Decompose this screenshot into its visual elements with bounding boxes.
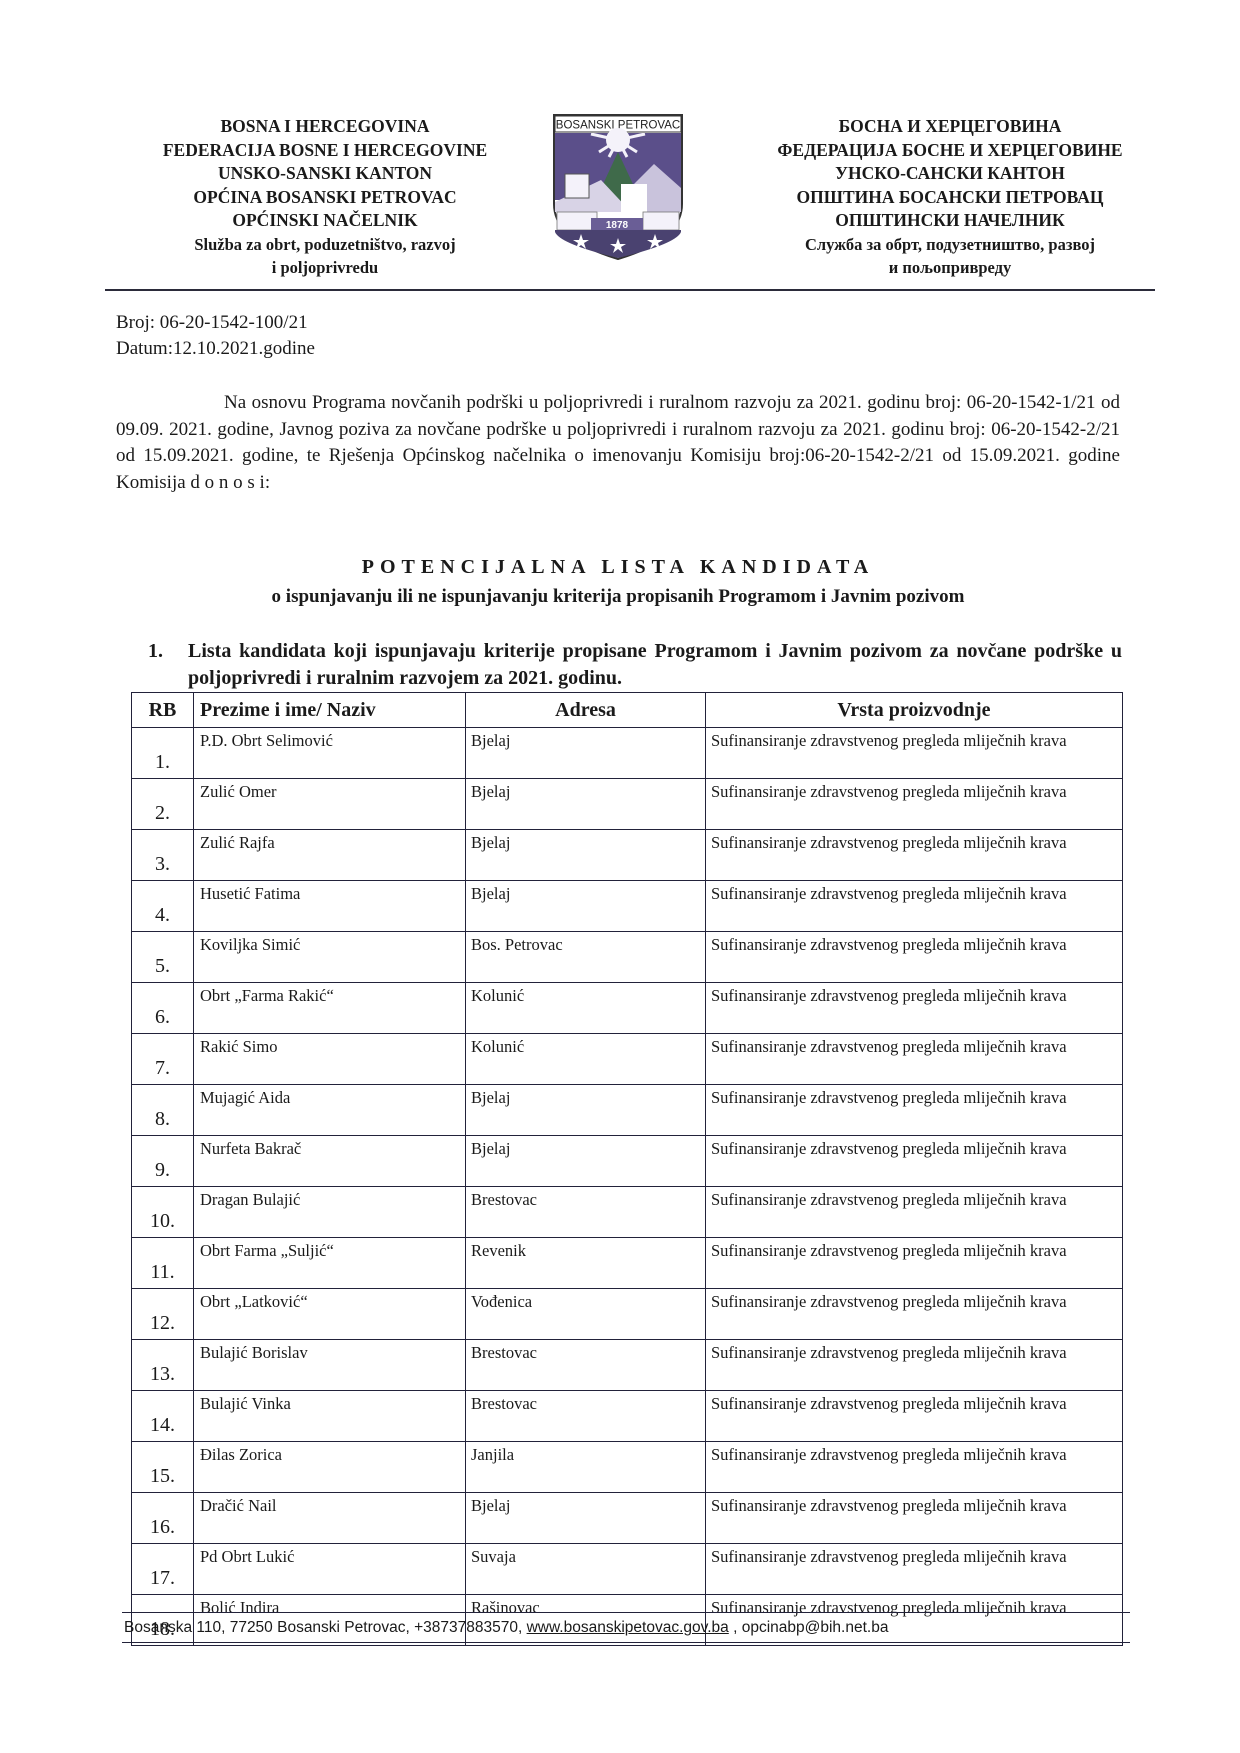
- row-number: 4.: [132, 881, 194, 932]
- production-type: Sufinansiranje zdravstvenog pregleda mli…: [706, 1544, 1123, 1595]
- row-number: 3.: [132, 830, 194, 881]
- candidate-name: Rakić Simo: [194, 1034, 466, 1085]
- row-number: 9.: [132, 1136, 194, 1187]
- candidate-address: Bjelaj: [466, 830, 706, 881]
- intro-paragraph: Na osnovu Programa novčanih podrški u po…: [116, 390, 1120, 496]
- footer-email[interactable]: opcinabp@bih.net.ba: [742, 1619, 889, 1636]
- row-number: 5.: [132, 932, 194, 983]
- header-department-cont-cyr: и пољопривреду: [740, 256, 1160, 280]
- intro-text: Na osnovu Programa novčanih podrški u po…: [116, 390, 1120, 496]
- candidate-name: Mujagić Aida: [194, 1085, 466, 1136]
- candidate-address: Kolunić: [466, 983, 706, 1034]
- table-row: 17.Pd Obrt LukićSuvajaSufinansiranje zdr…: [132, 1544, 1123, 1595]
- document-date: Datum:12.10.2021.godine: [116, 338, 315, 360]
- production-type: Sufinansiranje zdravstvenog pregleda mli…: [706, 1136, 1123, 1187]
- candidate-address: Brestovac: [466, 1187, 706, 1238]
- production-type: Sufinansiranje zdravstvenog pregleda mli…: [706, 881, 1123, 932]
- row-number: 10.: [132, 1187, 194, 1238]
- candidate-name: P.D. Obrt Selimović: [194, 728, 466, 779]
- header-department: Služba za obrt, poduzetništvo, razvoj: [130, 233, 520, 257]
- header-federation-cyr: ФЕДЕРАЦИЈА БОСНЕ И ХЕРЦЕГОВИНЕ: [740, 139, 1160, 163]
- row-number: 14.: [132, 1391, 194, 1442]
- header-federation: FEDERACIJA BOSNE I HERCEGOVINE: [130, 139, 520, 163]
- candidate-name: Obrt „Latković“: [194, 1289, 466, 1340]
- header-country-cyr: БОСНА И ХЕРЦЕГОВИНА: [740, 115, 1160, 139]
- column-header-address: Adresa: [466, 693, 706, 728]
- production-type: Sufinansiranje zdravstvenog pregleda mli…: [706, 1238, 1123, 1289]
- header-mayor-cyr: ОПШТИНСКИ НАЧЕЛНИК: [740, 209, 1160, 233]
- candidate-name: Pd Obrt Lukić: [194, 1544, 466, 1595]
- production-type: Sufinansiranje zdravstvenog pregleda mli…: [706, 830, 1123, 881]
- header-municipality-cyr: ОПШТИНА БОСАНСКИ ПЕТРОВАЦ: [740, 186, 1160, 210]
- header-right-cyrillic: БОСНА И ХЕРЦЕГОВИНА ФЕДЕРАЦИЈА БОСНЕ И Х…: [740, 115, 1160, 280]
- candidate-name: Obrt Farma „Suljić“: [194, 1238, 466, 1289]
- candidate-address: Suvaja: [466, 1544, 706, 1595]
- row-number: 12.: [132, 1289, 194, 1340]
- candidate-address: Bjelaj: [466, 728, 706, 779]
- table-row: 8.Mujagić AidaBjelajSufinansiranje zdrav…: [132, 1085, 1123, 1136]
- production-type: Sufinansiranje zdravstvenog pregleda mli…: [706, 779, 1123, 830]
- candidate-address: Bjelaj: [466, 1085, 706, 1136]
- document-subtitle: o ispunjavanju ili ne ispunjavanju krite…: [116, 586, 1120, 608]
- header-divider: [105, 289, 1155, 291]
- candidate-name: Đilas Zorica: [194, 1442, 466, 1493]
- table-row: 2.Zulić OmerBjelajSufinansiranje zdravst…: [132, 779, 1123, 830]
- column-header-rb: RB: [132, 693, 194, 728]
- row-number: 11.: [132, 1238, 194, 1289]
- footer-contact: Bosanska 110, 77250 Bosanski Petrovac, +…: [124, 1619, 888, 1637]
- candidate-address: Bjelaj: [466, 779, 706, 830]
- table-row: 15.Đilas ZoricaJanjilaSufinansiranje zdr…: [132, 1442, 1123, 1493]
- svg-text:1878: 1878: [606, 220, 629, 231]
- candidate-address: Vođenica: [466, 1289, 706, 1340]
- table-row: 7.Rakić SimoKolunićSufinansiranje zdravs…: [132, 1034, 1123, 1085]
- candidate-name: Dračić Nail: [194, 1493, 466, 1544]
- header-department-cyr: Служба за обрт, подузетништво, развој: [740, 233, 1160, 257]
- footer-address: Bosanska 110, 77250 Bosanski Petrovac, +…: [124, 1619, 527, 1636]
- candidate-name: Bulajić Vinka: [194, 1391, 466, 1442]
- table-row: 4.Husetić FatimaBjelajSufinansiranje zdr…: [132, 881, 1123, 932]
- production-type: Sufinansiranje zdravstvenog pregleda mli…: [706, 1289, 1123, 1340]
- table-row: 14.Bulajić VinkaBrestovacSufinansiranje …: [132, 1391, 1123, 1442]
- header-mayor: OPĆINSKI NAČELNIK: [130, 209, 520, 233]
- column-header-name: Prezime i ime/ Naziv: [194, 693, 466, 728]
- header-canton: UNSKO-SANSKI KANTON: [130, 162, 520, 186]
- list-heading-number: 1.: [148, 638, 163, 665]
- production-type: Sufinansiranje zdravstvenog pregleda mli…: [706, 1187, 1123, 1238]
- candidate-address: Bjelaj: [466, 1136, 706, 1187]
- candidate-address: Brestovac: [466, 1340, 706, 1391]
- document-title: POTENCIJALNA LISTA KANDIDATA: [116, 556, 1120, 579]
- table-row: 12.Obrt „Latković“VođenicaSufinansiranje…: [132, 1289, 1123, 1340]
- column-header-production: Vrsta proizvodnje: [706, 693, 1123, 728]
- footer-separator: ,: [729, 1619, 742, 1636]
- header-left-latin: BOSNA I HERCEGOVINA FEDERACIJA BOSNE I H…: [130, 115, 520, 280]
- candidate-address: Janjila: [466, 1442, 706, 1493]
- table-row: 16.Dračić NailBjelajSufinansiranje zdrav…: [132, 1493, 1123, 1544]
- row-number: 7.: [132, 1034, 194, 1085]
- candidate-name: Husetić Fatima: [194, 881, 466, 932]
- row-number: 1.: [132, 728, 194, 779]
- footer-divider-bottom: [122, 1642, 1130, 1643]
- table-row: 5.Koviljka SimićBos. PetrovacSufinansira…: [132, 932, 1123, 983]
- production-type: Sufinansiranje zdravstvenog pregleda mli…: [706, 983, 1123, 1034]
- row-number: 8.: [132, 1085, 194, 1136]
- table-row: 1.P.D. Obrt SelimovićBjelajSufinansiranj…: [132, 728, 1123, 779]
- candidate-name: Dragan Bulajić: [194, 1187, 466, 1238]
- candidate-name: Bulajić Borislav: [194, 1340, 466, 1391]
- row-number: 17.: [132, 1544, 194, 1595]
- document-number: Broj: 06-20-1542-100/21: [116, 312, 308, 334]
- production-type: Sufinansiranje zdravstvenog pregleda mli…: [706, 728, 1123, 779]
- coat-of-arms-icon: BOSANSKI PETROVAC 1878: [551, 112, 685, 262]
- production-type: Sufinansiranje zdravstvenog pregleda mli…: [706, 1442, 1123, 1493]
- header-canton-cyr: УНСКО-САНСКИ КАНТОН: [740, 162, 1160, 186]
- production-type: Sufinansiranje zdravstvenog pregleda mli…: [706, 1340, 1123, 1391]
- production-type: Sufinansiranje zdravstvenog pregleda mli…: [706, 1493, 1123, 1544]
- row-number: 2.: [132, 779, 194, 830]
- candidate-address: Revenik: [466, 1238, 706, 1289]
- table-header-row: RB Prezime i ime/ Naziv Adresa Vrsta pro…: [132, 693, 1123, 728]
- header-country: BOSNA I HERCEGOVINA: [130, 115, 520, 139]
- candidates-table: RB Prezime i ime/ Naziv Adresa Vrsta pro…: [131, 692, 1123, 1646]
- list-heading-text: Lista kandidata koji ispunjavaju kriteri…: [188, 638, 1122, 692]
- candidate-name: Koviljka Simić: [194, 932, 466, 983]
- header-municipality: OPĆINA BOSANSKI PETROVAC: [130, 186, 520, 210]
- list-heading: 1. Lista kandidata koji ispunjavaju krit…: [150, 638, 1122, 692]
- candidate-address: Brestovac: [466, 1391, 706, 1442]
- candidate-name: Obrt „Farma Rakić“: [194, 983, 466, 1034]
- table-row: 13.Bulajić BorislavBrestovacSufinansiran…: [132, 1340, 1123, 1391]
- table-row: 3.Zulić RajfaBjelajSufinansiranje zdravs…: [132, 830, 1123, 881]
- production-type: Sufinansiranje zdravstvenog pregleda mli…: [706, 1391, 1123, 1442]
- candidate-address: Bos. Petrovac: [466, 932, 706, 983]
- table-row: 6.Obrt „Farma Rakić“KolunićSufinansiranj…: [132, 983, 1123, 1034]
- footer-divider-top: [122, 1612, 1130, 1613]
- row-number: 15.: [132, 1442, 194, 1493]
- candidate-address: Bjelaj: [466, 1493, 706, 1544]
- row-number: 6.: [132, 983, 194, 1034]
- header-department-cont: i poljoprivredu: [130, 256, 520, 280]
- production-type: Sufinansiranje zdravstvenog pregleda mli…: [706, 1034, 1123, 1085]
- candidate-name: Zulić Rajfa: [194, 830, 466, 881]
- footer-website-link[interactable]: www.bosanskipetovac.gov.ba: [527, 1619, 729, 1636]
- table-row: 11.Obrt Farma „Suljić“RevenikSufinansira…: [132, 1238, 1123, 1289]
- table-row: 10.Dragan BulajićBrestovacSufinansiranje…: [132, 1187, 1123, 1238]
- candidate-name: Nurfeta Bakrač: [194, 1136, 466, 1187]
- candidate-address: Bjelaj: [466, 881, 706, 932]
- production-type: Sufinansiranje zdravstvenog pregleda mli…: [706, 1085, 1123, 1136]
- candidate-name: Zulić Omer: [194, 779, 466, 830]
- production-type: Sufinansiranje zdravstvenog pregleda mli…: [706, 932, 1123, 983]
- row-number: 13.: [132, 1340, 194, 1391]
- candidate-address: Kolunić: [466, 1034, 706, 1085]
- row-number: 16.: [132, 1493, 194, 1544]
- table-row: 9.Nurfeta BakračBjelajSufinansiranje zdr…: [132, 1136, 1123, 1187]
